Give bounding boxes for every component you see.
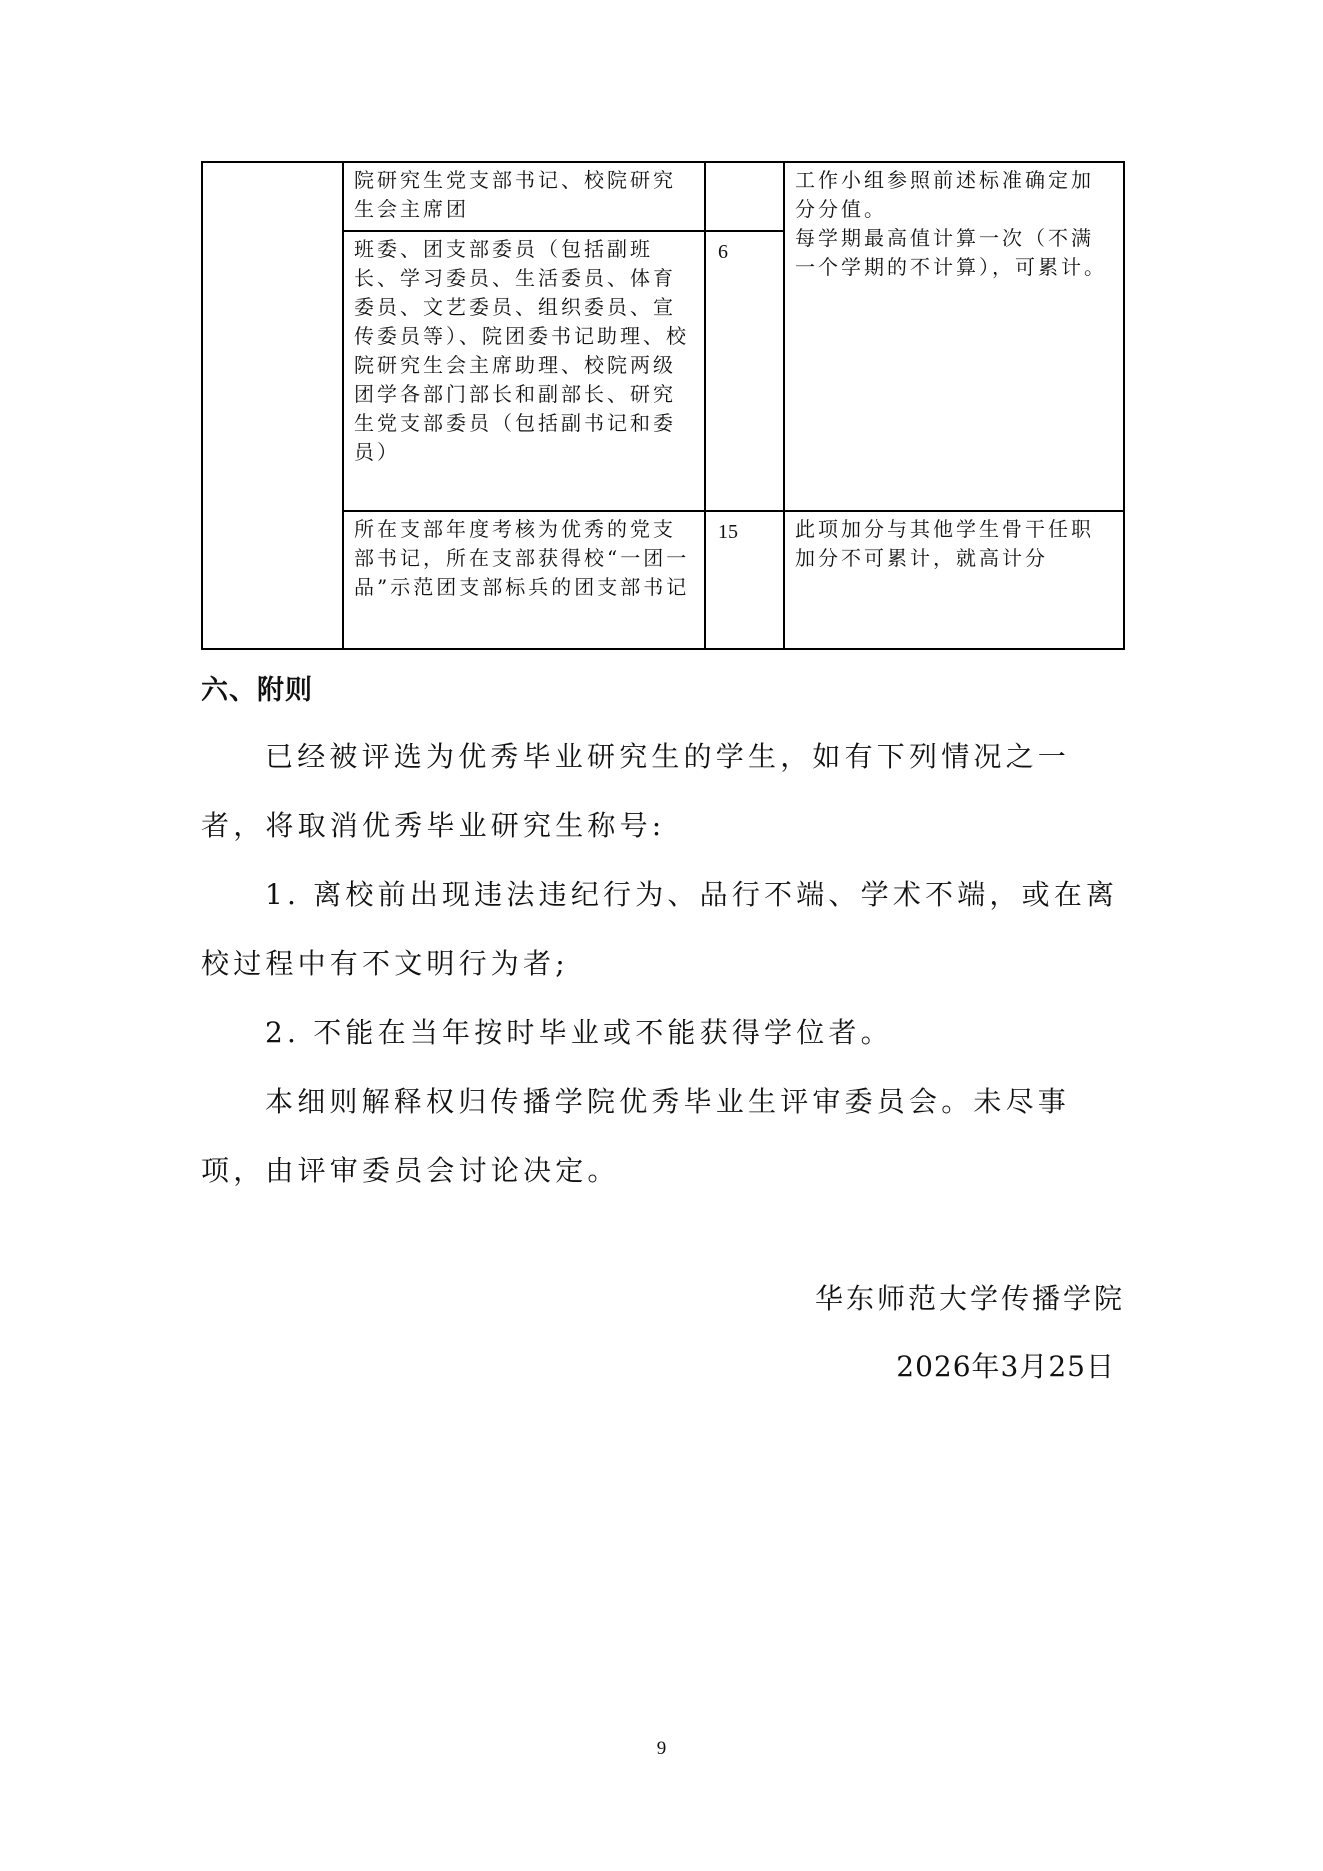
signature-organization: 华东师范大学传播学院: [815, 1277, 1125, 1317]
note-cell: 工作小组参照前述标准确定加分分值。 每学期最高值计算一次（不满一个学期的不计算）…: [784, 162, 1124, 511]
paragraph: 本细则解释权归传播学院优秀毕业生评审委员会。未尽事项，由评审委员会讨论决定。: [201, 1067, 1126, 1205]
paragraph: 1. 离校前出现违法违纪行为、品行不端、学术不端，或在离校过程中有不文明行为者;: [201, 860, 1126, 998]
signature-date: 2026年3月25日: [896, 1345, 1115, 1385]
item-cell: 班委、团支部委员（包括副班长、学习委员、生活委员、体育委员、文艺委员、组织委员、…: [343, 231, 705, 511]
score-cell: 6: [705, 231, 784, 511]
score-cell: 15: [705, 511, 784, 649]
score-cell: [705, 162, 784, 231]
item-cell: 所在支部年度考核为优秀的党支部书记，所在支部获得校“一团一品”示范团支部标兵的团…: [343, 511, 705, 649]
note-text: 工作小组参照前述标准确定加分分值。: [795, 166, 1113, 224]
item-cell: 院研究生党支部书记、校院研究生会主席团: [343, 162, 705, 231]
paragraph: 已经被评选为优秀毕业研究生的学生，如有下列情况之一者，将取消优秀毕业研究生称号:: [201, 722, 1126, 860]
note-cell: 此项加分与其他学生骨干任职加分不可累计，就高计分: [784, 511, 1124, 649]
document-page: 院研究生党支部书记、校院研究生会主席团 工作小组参照前述标准确定加分分值。 每学…: [0, 0, 1323, 1871]
section-heading: 六、附则: [201, 668, 313, 707]
table-row: 院研究生党支部书记、校院研究生会主席团 工作小组参照前述标准确定加分分值。 每学…: [202, 162, 1124, 231]
paragraph: 2. 不能在当年按时毕业或不能获得学位者。: [201, 998, 1126, 1067]
category-cell: [202, 162, 343, 649]
note-text: 每学期最高值计算一次（不满一个学期的不计算），可累计。: [795, 224, 1113, 282]
page-number: 9: [0, 1738, 1323, 1760]
bonus-points-table: 院研究生党支部书记、校院研究生会主席团 工作小组参照前述标准确定加分分值。 每学…: [201, 161, 1125, 650]
